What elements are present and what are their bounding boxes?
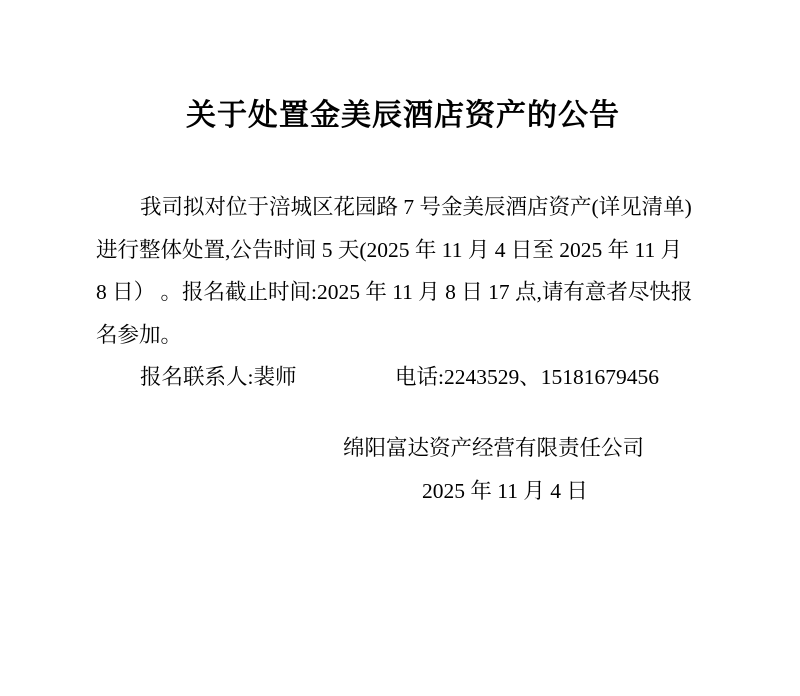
document-content: 关于处置金美辰酒店资产的公告 我司拟对位于涪城区花园路 7 号金美辰酒店资产(详… xyxy=(96,0,710,513)
document-page: 关于处置金美辰酒店资产的公告 我司拟对位于涪城区花园路 7 号金美辰酒店资产(详… xyxy=(0,0,800,696)
document-title: 关于处置金美辰酒店资产的公告 xyxy=(96,90,710,142)
body-line-1: 我司拟对位于涪城区花园路 7 号金美辰酒店资产(详见清单) xyxy=(96,186,710,229)
signature-block: 绵阳富达资产经营有限责任公司 2025 年 11 月 4 日 xyxy=(96,427,710,513)
contact-person: 报名联系人:裴师 xyxy=(140,365,296,389)
contact-row: 报名联系人:裴师 电话:2243529、15181679456 xyxy=(96,356,710,399)
body-line-3: 8 日） 。报名截止时间:2025 年 11 月 8 日 17 点,请有意者尽快… xyxy=(96,271,710,314)
signature-company: 绵阳富达资产经营有限责任公司 xyxy=(96,427,710,470)
signature-date: 2025 年 11 月 4 日 xyxy=(96,470,710,513)
contact-phone: 电话:2243529、15181679456 xyxy=(395,356,659,399)
body-line-4: 名参加。 xyxy=(96,314,710,357)
body-line-2: 进行整体处置,公告时间 5 天(2025 年 11 月 4 日至 2025 年 … xyxy=(96,229,710,272)
body-paragraph: 我司拟对位于涪城区花园路 7 号金美辰酒店资产(详见清单) 进行整体处置,公告时… xyxy=(96,186,710,356)
